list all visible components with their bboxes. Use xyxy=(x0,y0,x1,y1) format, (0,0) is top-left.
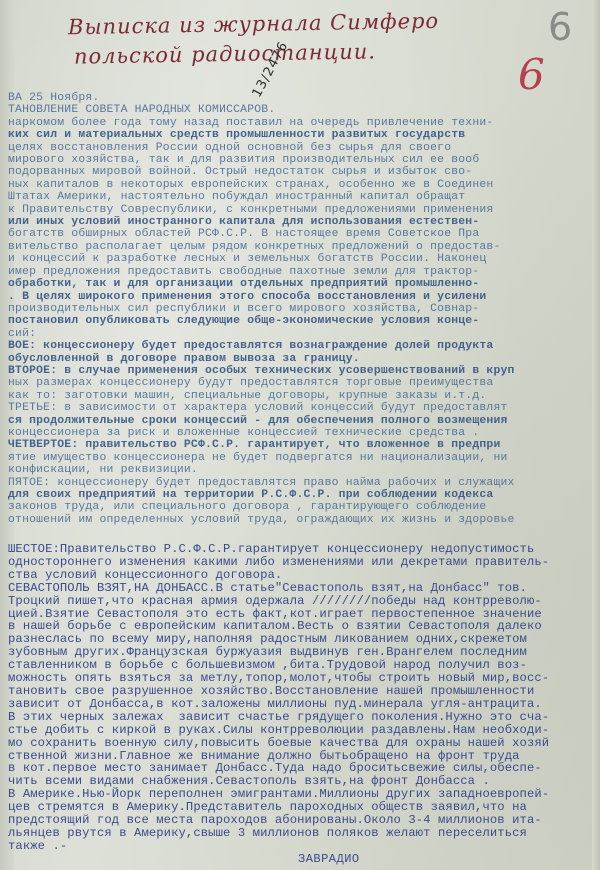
text-line: конфискации, ни реквизиции. xyxy=(8,464,598,476)
text-line: постановил опубликовать следующие обще-э… xyxy=(8,315,598,327)
faded-typed-section: ВА 25 Ноября.ТАНОВЛЕНИЕ СОВЕТА НАРОДНЫХ … xyxy=(8,92,598,526)
handwritten-title-line-1: Выписка из журнала Симферо xyxy=(68,9,439,39)
text-line: ВТОРОЕ: в случае применения особых техни… xyxy=(8,365,598,377)
text-line: СЕВАСТОПОЛЬ ВЗЯТ,НА ДОНБАСС.В статье"Сев… xyxy=(8,582,598,595)
text-line: как то: заготовки машин, специальные дог… xyxy=(8,390,598,402)
text-line: зависит от Донбасса,в кот.заложены милли… xyxy=(8,698,598,711)
signature: ЗАВРАДИО xyxy=(298,852,360,866)
document-page: Выписка из журнала Симферо польской ради… xyxy=(0,0,600,870)
text-line: ЧЕТВЕРТОЕ: правительство РСФ.С.Р. гарант… xyxy=(8,439,598,451)
text-line: обусловленной в договоре правом вывоза з… xyxy=(8,353,598,365)
text-line: наркомом более года тому назад поставил … xyxy=(8,117,598,129)
text-line: ТАНОВЛЕНИЕ СОВЕТА НАРОДНЫХ КОМИССАРОВ. xyxy=(8,104,598,116)
text-line: имер предложения предоставить свободные … xyxy=(8,266,598,278)
text-line: подорванных мировой войной. Острый недос… xyxy=(8,166,598,178)
text-line: ства условий концессионного договора. xyxy=(8,569,598,582)
text-line: законов труда, или специального договора… xyxy=(8,501,598,513)
text-line: концессионера за риск и вложенные концес… xyxy=(8,427,598,439)
text-line: и концессий к разработке лесных и земель… xyxy=(8,253,598,265)
text-line: также .- xyxy=(8,840,598,853)
text-line: В этих черных залежах зависит счастье гр… xyxy=(8,711,598,724)
text-line: мирового хозяйства, так и для развития п… xyxy=(8,154,598,166)
text-line: вительство располагает целым рядом конкр… xyxy=(8,241,598,253)
text-line: ВОЕ: концессионеру будет предоставлятся … xyxy=(8,340,598,352)
text-line: льянцев рвутся в Америку,свыше 3 миллион… xyxy=(8,827,598,840)
text-line: сий: xyxy=(8,328,598,340)
page-number-pencil: 6 xyxy=(548,5,572,49)
text-line: ПЯТОЕ: концессионеру будет предоставлятс… xyxy=(8,477,598,489)
text-line: ВА 25 Ноября. xyxy=(8,92,598,104)
text-line: . В целях широкого применения этого спос… xyxy=(8,291,598,303)
text-line: ся продолжительные сроки концессий - для… xyxy=(8,415,598,427)
text-line: тановить свое разрушенное хозяйство.Восс… xyxy=(8,685,598,698)
text-line: стье добить с киркой в руках.Силы контрр… xyxy=(8,724,598,737)
main-typed-section: ШЕСТОЕ:Правительство Р.С.Ф.С.Р.гарантиру… xyxy=(8,543,598,853)
text-line: предстоящий год все места пароходов абон… xyxy=(8,814,598,827)
text-line: ких сил и материальных средств промышлен… xyxy=(8,129,598,141)
text-line: ных капиталов в некоторых европейских ст… xyxy=(8,179,598,191)
text-line: Штатах Америки, настоятельно побуждал ин… xyxy=(8,191,598,203)
text-line: производительных сил республики и всего … xyxy=(8,303,598,315)
text-line: или иных условий иностранного капитала д… xyxy=(8,216,598,228)
text-line: ШЕСТОЕ:Правительство Р.С.Ф.С.Р.гарантиру… xyxy=(8,543,598,556)
text-line: мо сохранить военную силу,повысить боевы… xyxy=(8,737,598,750)
text-line: ТРЕТЬЕ: в зависимости от характера услов… xyxy=(8,402,598,414)
text-line: целях восстановления России одной основн… xyxy=(8,142,598,154)
handwritten-title-line-2: польской радиостанции. xyxy=(74,39,376,68)
text-line: отношений им определенных условий труда,… xyxy=(8,514,598,526)
text-line: богатств обширных областей РСФ.С.Р. В на… xyxy=(8,228,598,240)
text-line: ятие имущество концессионера не будет по… xyxy=(8,452,598,464)
text-line: для своих предприятий на территории Р.С.… xyxy=(8,489,598,501)
text-line: Троцкий пишет,что красная армия одержала… xyxy=(8,595,598,608)
text-line: к Правительству Совреспублики, с конкрет… xyxy=(8,204,598,216)
text-line: одностороннего изменения какими либо изм… xyxy=(8,556,598,569)
text-line: ных размерах концессионеру будут предост… xyxy=(8,377,598,389)
text-line: обработки, так и для организации отдельн… xyxy=(8,278,598,290)
